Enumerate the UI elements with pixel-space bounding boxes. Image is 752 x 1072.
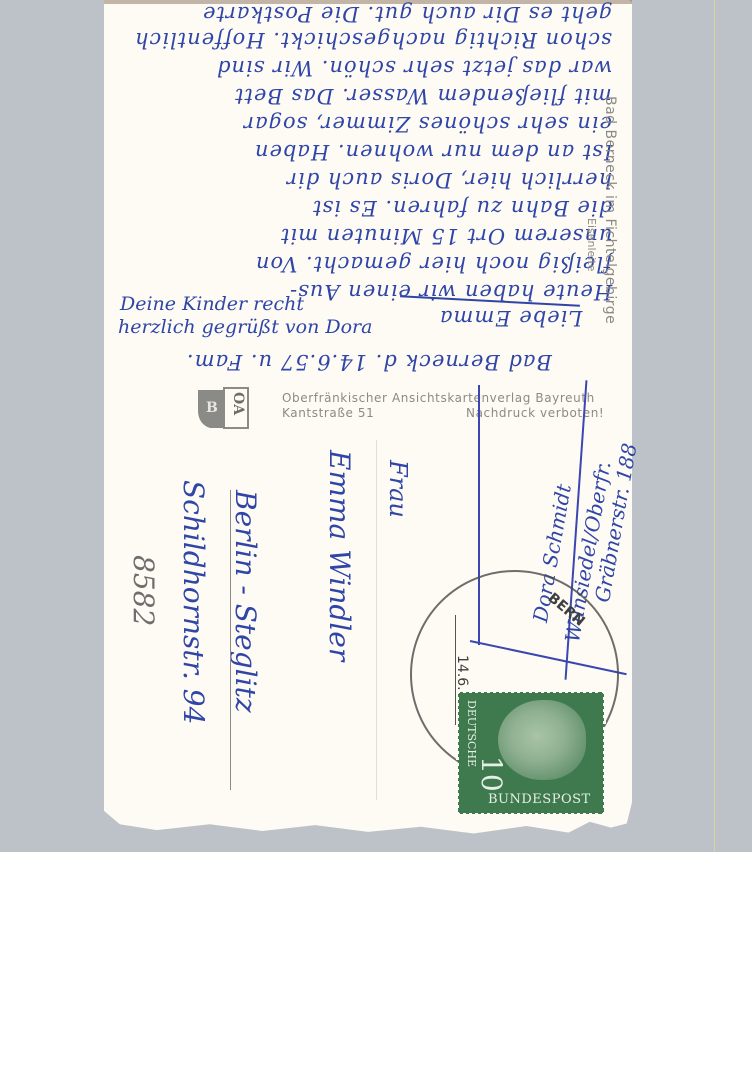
message-line: fleißig noch hier gemacht. Von xyxy=(255,252,612,276)
message-line: herrlich hier, Doris auch dir xyxy=(286,168,612,192)
place-date-line: Bad Berneck d. 14.6.57 u. Fam. xyxy=(186,350,552,374)
message-line: war das jetzt sehr schön. Wir sind xyxy=(216,56,612,80)
stamp-portrait-icon xyxy=(498,700,586,780)
place-date: Bad Berneck d. 14.6.57 xyxy=(280,350,552,374)
message-line: Heute haben wir einen Aus- xyxy=(289,280,612,304)
address-city: Berlin - Steglitz xyxy=(229,490,262,713)
postcard-caption-subtitle: Eisenleite xyxy=(585,218,598,271)
address-name: Emma Windler xyxy=(323,450,356,661)
publisher-line-2: Kantstraße 51 xyxy=(282,406,374,420)
message-line: schon Richtig nachgeschickt. Hoffentlich xyxy=(134,28,612,52)
message-line: geht es Dir auch gut. Die Postkarte xyxy=(202,2,612,26)
place-suffix: u. Fam. xyxy=(186,350,272,374)
message-line: Liebe Emma xyxy=(439,306,582,330)
message-line: ein sehr schönes Zimmer, sogar xyxy=(243,112,612,136)
pencil-note: 8582 xyxy=(127,555,160,626)
publisher-logo-icon: OA B xyxy=(196,384,252,432)
greeting-line-1: Deine Kinder recht xyxy=(120,293,304,315)
stamp-value: 10 xyxy=(475,756,508,792)
stamp-postal-label: BUNDESPOST xyxy=(488,792,591,807)
address-divider xyxy=(376,440,377,800)
message-line: die Bahn zu fahren. Es ist xyxy=(312,196,612,220)
message-line: mit fließendem Wasser. Das Bett xyxy=(234,84,612,108)
scanner-artifact-line xyxy=(714,0,715,852)
postcard-caption-title: Bad Berneck im Fichtelgebirge xyxy=(602,96,618,324)
address-city-underline xyxy=(230,490,231,790)
message-line: unserem Ort 15 Minuten mit xyxy=(280,224,612,248)
logo-letters-oa: OA xyxy=(230,392,246,415)
address-salutation: Frau xyxy=(384,460,412,518)
greeting-line-2: herzlich gegrüßt von Dora xyxy=(118,316,372,338)
publisher-line-1: Oberfränkischer Ansichtskartenverlag Bay… xyxy=(282,391,595,405)
logo-letter-b: B xyxy=(206,400,218,416)
message-line: Ist an dem nur wohnen. Haben xyxy=(254,140,612,164)
address-street: Schildhornstr. 94 xyxy=(177,480,210,724)
